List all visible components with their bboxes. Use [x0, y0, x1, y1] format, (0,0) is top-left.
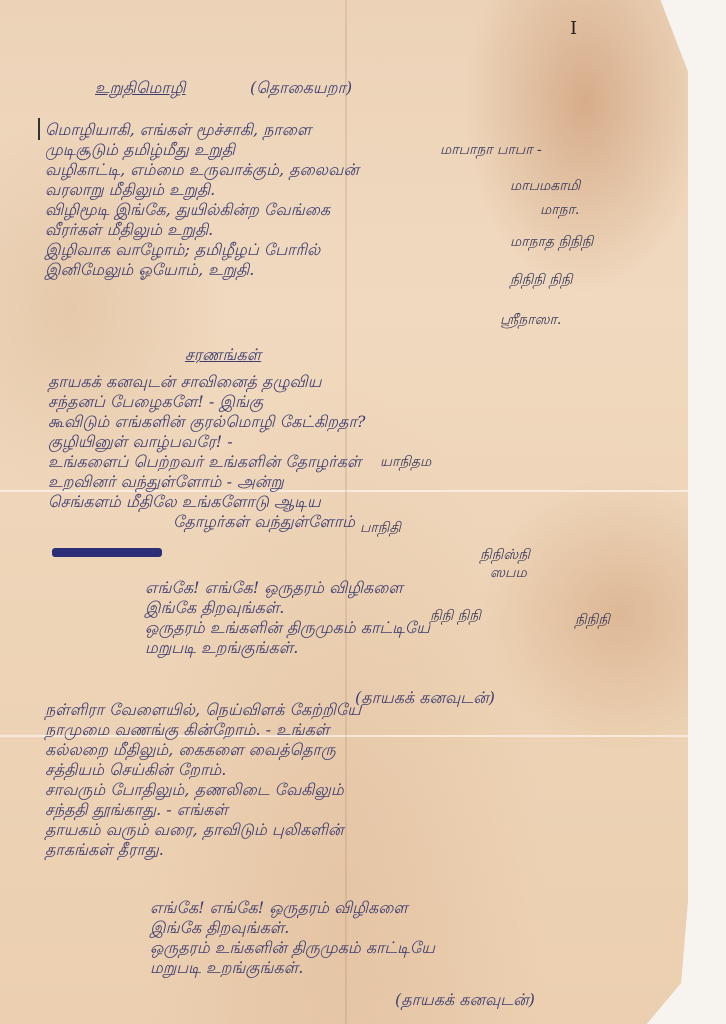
- charanam-heading: சரணங்கள்: [185, 345, 261, 365]
- verse-line: கல்லறை மீதிலும், கைகளை வைத்தொரு: [45, 740, 361, 760]
- verse-line: மறுபடி உறங்குங்கள்.: [145, 638, 430, 658]
- verse-line: விழிமூடி இங்கே, துயில்கின்ற வேங்கை: [45, 200, 359, 220]
- verse-line: ஒருதரம் உங்களின் திருமுகம் காட்டியே: [150, 938, 435, 958]
- margin-note: பாநிதி: [360, 518, 401, 538]
- verse-line: உங்களைப் பெற்றவர் உங்களின் தோழர்கள்: [48, 452, 365, 472]
- verse-line: வழிகாட்டி, எம்மை உருவாக்கும், தலைவன்: [45, 160, 359, 180]
- verse-line: இங்கே திறவுங்கள்.: [150, 918, 435, 938]
- refrain-2: எங்கே! எங்கே! ஒருதரம் விழிகளை இங்கே திறவ…: [150, 898, 435, 978]
- verse-line: கூவிடும் எங்களின் குரல்மொழி கேட்கிறதா?: [48, 412, 365, 432]
- verse-line: மறுபடி உறங்குங்கள்.: [150, 958, 435, 978]
- margin-note: நிநிநி: [575, 610, 610, 630]
- verse-line: சந்ததி தூங்காது. - எங்கள்: [45, 800, 361, 820]
- margin-note: மாநா.: [540, 200, 579, 220]
- margin-note: யாநிதம: [380, 452, 431, 472]
- refrain-1: எங்கே! எங்கே! ஒருதரம் விழிகளை இங்கே திறவ…: [145, 578, 430, 658]
- chorus-cue: (தாயகக் கனவுடன்): [395, 990, 535, 1010]
- verse-line: செங்களம் மீதிலே உங்களோடு ஆடிய: [48, 492, 365, 512]
- verse-line: நள்ளிரா வேளையில், நெய்விளக் கேற்றியே: [45, 700, 361, 720]
- margin-note: மாபாநா பாபா -: [440, 140, 542, 160]
- verse-line: உறவினர் வந்துள்ளோம் - அன்று: [48, 472, 365, 492]
- verse-line: தாயகக் கனவுடன் சாவினைத் தழுவிய: [48, 372, 365, 392]
- verse-line: வீரர்கள் மீதிலும் உறுதி.: [45, 220, 359, 240]
- verse-1: மொழியாகி, எங்கள் மூச்சாகி, நாளை முடிசூடு…: [45, 120, 359, 280]
- chorus-cue: (தாயகக் கனவுடன்): [355, 688, 495, 708]
- margin-note: மாநாத நிநிநி: [510, 232, 593, 252]
- verse-line: தாயகம் வரும் வரை, தாவிடும் புலிகளின்: [45, 820, 361, 840]
- margin-note: ஸ்ரீநாஸா.: [500, 310, 561, 330]
- verse-2: தாயகக் கனவுடன் சாவினைத் தழுவிய சந்தனப் ப…: [48, 372, 365, 532]
- verse-line: நாமுமை வணங்கு கின்றோம். - உங்கள்: [45, 720, 361, 740]
- verse-line: எங்கே! எங்கே! ஒருதரம் விழிகளை: [145, 578, 430, 598]
- margin-note: நிநிஸ்நி: [480, 545, 530, 565]
- verse-3: நள்ளிரா வேளையில், நெய்விளக் கேற்றியே நாம…: [45, 700, 361, 860]
- page-number: I: [570, 18, 577, 39]
- ink-strikeout: [52, 548, 162, 557]
- verse-line: சந்தனப் பேழைகளே! - இங்கு: [48, 392, 365, 412]
- verse-line: மொழியாகி, எங்கள் மூச்சாகி, நாளை: [45, 120, 359, 140]
- verse-line: குழியினுள் வாழ்பவரே! -: [48, 432, 365, 452]
- verse-line: தாகங்கள் தீராது.: [45, 840, 361, 860]
- verse-line: வரலாறு மீதிலும் உறுதி.: [45, 180, 359, 200]
- margin-note: நிநி நிநி: [430, 606, 481, 626]
- title-note: (தொகையறா): [250, 78, 352, 98]
- song-title: உறுதிமொழி: [95, 78, 185, 98]
- verse-line: தோழர்கள் வந்துள்ளோம்: [48, 512, 365, 532]
- verse-line: இனிமேலும் ஓயோம், உறுதி.: [45, 260, 359, 280]
- margin-bar: [38, 118, 40, 140]
- verse-line: இங்கே திறவுங்கள்.: [145, 598, 430, 618]
- verse-line: எங்கே! எங்கே! ஒருதரம் விழிகளை: [150, 898, 435, 918]
- verse-line: சாவரும் போதிலும், தணலிடை வேகிலும்: [45, 780, 361, 800]
- margin-note: மாபமகாமி: [510, 176, 580, 196]
- verse-line: இழிவாக வாழோம்; தமிழீழப் போரில்: [45, 240, 359, 260]
- margin-note: ஸபம: [490, 563, 527, 583]
- verse-line: சத்தியம் செய்கின் றோம்.: [45, 760, 361, 780]
- verse-line: ஒருதரம் உங்களின் திருமுகம் காட்டியே: [145, 618, 430, 638]
- margin-note: நிநிநி நிநி: [510, 270, 572, 290]
- verse-line: முடிசூடும் தமிழ்மீது உறுதி: [45, 140, 359, 160]
